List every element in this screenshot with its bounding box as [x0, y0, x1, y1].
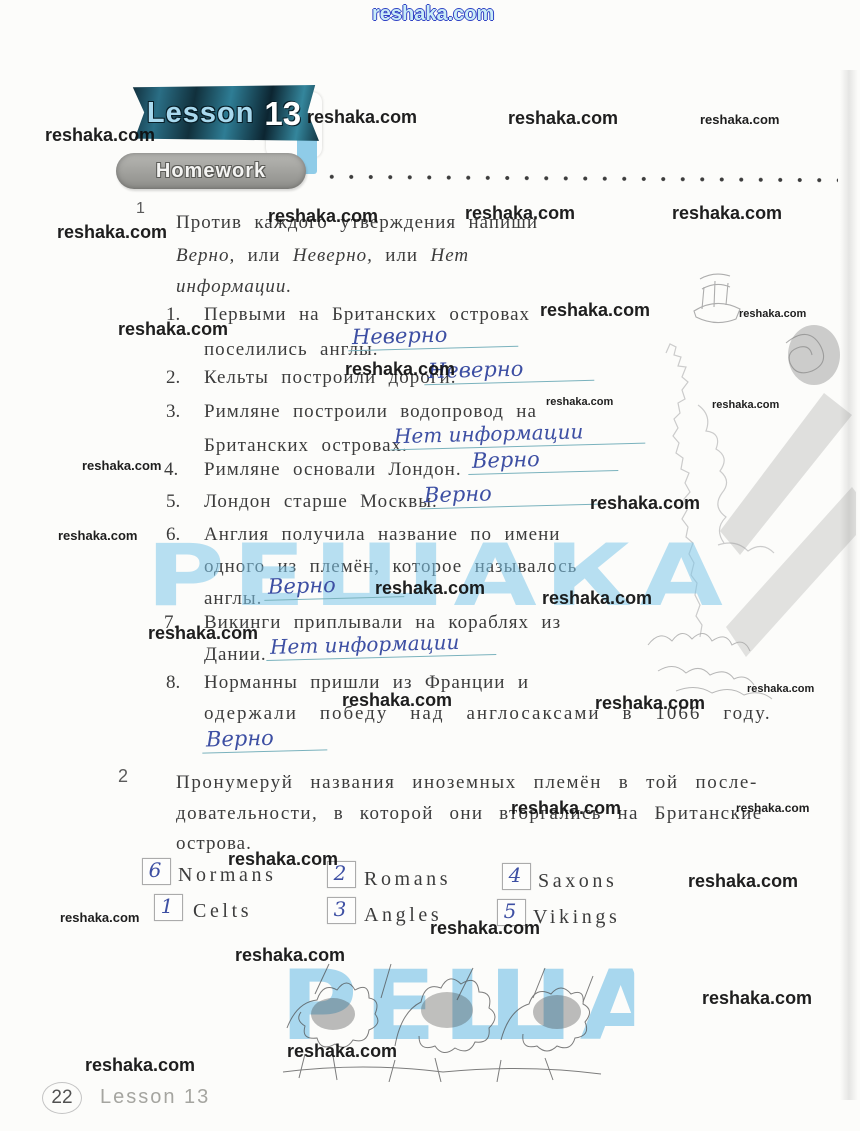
ex1-instruction-line3: информации. [176, 276, 292, 298]
site-watermark: reshaka.com [118, 319, 228, 340]
ex1-item5-answer: Верно [420, 479, 601, 510]
site-watermark: reshaka.com [85, 1055, 195, 1076]
site-watermark: reshaka.com [82, 458, 162, 473]
ex1-instr-neverno: Неверно, [293, 245, 373, 266]
ex2-tribe-saxons: Saxons [538, 870, 617, 893]
ex1-item8-answer: Верно [202, 724, 328, 753]
ex1-instr-ili2: или [385, 245, 418, 266]
ex1-item5-line1: Лондон старше Москвы. [204, 491, 438, 513]
ex2-angles-order: 3 [327, 897, 353, 921]
ex1-item5-number: 5. [166, 491, 180, 513]
ex1-item7-line2: Дании. [204, 644, 267, 666]
page-number-value: 22 [51, 1087, 72, 1109]
site-watermark: reshaka.com [235, 945, 345, 966]
site-watermark: reshaka.com [228, 849, 338, 870]
site-watermark: reshaka.com [345, 359, 455, 380]
ex1-item8-number: 8. [166, 672, 180, 694]
ex1-item4-answer: Верно [468, 445, 619, 475]
ex1-item4-number: 4. [164, 459, 178, 481]
footer-lesson-label: Lesson 13 [100, 1086, 210, 1109]
ex1-item6-number: 6. [166, 524, 180, 546]
ex2-normans-order: 6 [142, 858, 168, 882]
map-illustration [628, 225, 856, 705]
site-watermark: reshaka.com [546, 396, 613, 408]
ex1-item6-line3: англы. [204, 588, 262, 610]
site-watermark: reshaka.com [60, 910, 140, 925]
ex2-tribe-celts: Celts [193, 900, 252, 923]
ex1-instr-verno: Верно, [176, 245, 235, 266]
ex1-instr-net: Нет [431, 245, 470, 266]
site-watermark: reshaka.com [45, 125, 155, 146]
site-watermark: reshaka.com [688, 871, 798, 892]
exercise-2-number: 2 [118, 766, 128, 787]
site-watermark: reshaka.com [58, 528, 138, 543]
lesson-badge: Lesson 13 [129, 85, 319, 142]
site-watermark: reshaka.com [375, 578, 485, 599]
scan-edge-shadow [840, 70, 858, 1100]
site-watermark: reshaka.com [342, 690, 452, 711]
homework-banner-label: Homework [156, 160, 266, 183]
ex1-item7-answer: Нет информации [266, 629, 497, 661]
battle-illustration [275, 950, 610, 1082]
ex1-item6-line1: Англия получила название по имени [204, 524, 560, 546]
ex1-item2-number: 2. [166, 367, 180, 389]
ex1-instruction-line2: Верно, или Неверно, или Нет [176, 245, 469, 267]
site-watermark: reshaka.com [736, 801, 809, 815]
site-watermark: reshaka.com [465, 203, 575, 224]
ex1-item3-number: 3. [166, 401, 180, 423]
lesson-badge-number: 13 [264, 95, 301, 133]
ex2-tribe-romans: Romans [364, 868, 451, 891]
ex1-item4-line1: Римляне основали Лондон. [204, 459, 462, 481]
dotted-rule [322, 173, 838, 184]
site-watermark: reshaka.com [307, 107, 417, 128]
ex2-saxons-order: 4 [502, 863, 528, 887]
lesson-badge-label: Lesson [147, 97, 255, 130]
scanned-workbook-page: Lesson 13 Homework РЕШАКА [0, 0, 860, 1131]
site-watermark: reshaka.com [540, 300, 650, 321]
ex1-item1-answer: Неверно [348, 321, 519, 351]
site-watermark-top: reshaka.com [372, 3, 494, 26]
site-watermark: reshaka.com [672, 203, 782, 224]
site-watermark: reshaka.com [700, 112, 780, 127]
ex2-instruction-line2: довательности, в которой они вторгались … [176, 803, 763, 825]
ex2-tribe-vikings: Vikings [533, 906, 620, 929]
site-watermark: reshaka.com [702, 988, 812, 1009]
site-watermark: reshaka.com [57, 222, 167, 243]
site-watermark: reshaka.com [747, 683, 814, 695]
site-watermark: reshaka.com [595, 693, 705, 714]
site-watermark: reshaka.com [712, 399, 779, 411]
exercise-1-number: 1 [136, 200, 145, 218]
site-watermark: reshaka.com [268, 206, 378, 227]
ex2-instruction-line1: Пронумеруй названия иноземных племён в т… [176, 772, 758, 794]
site-watermark: reshaka.com [542, 588, 652, 609]
homework-banner: Homework [116, 153, 306, 189]
site-watermark: reshaka.com [430, 918, 540, 939]
site-watermark: reshaka.com [148, 623, 258, 644]
ex2-celts-order: 1 [154, 894, 180, 918]
site-watermark: reshaka.com [508, 108, 618, 129]
site-watermark: reshaka.com [590, 493, 700, 514]
site-watermark: reshaka.com [739, 308, 806, 320]
ex1-item3-line2: Британских островах. [204, 435, 408, 457]
ex1-item3-line1: Римляне построили водопровод на [204, 401, 537, 423]
site-watermark: reshaka.com [287, 1041, 397, 1062]
page-number: 22 [42, 1082, 82, 1114]
ex1-instr-ili1: или [248, 245, 281, 266]
site-watermark: reshaka.com [511, 798, 621, 819]
